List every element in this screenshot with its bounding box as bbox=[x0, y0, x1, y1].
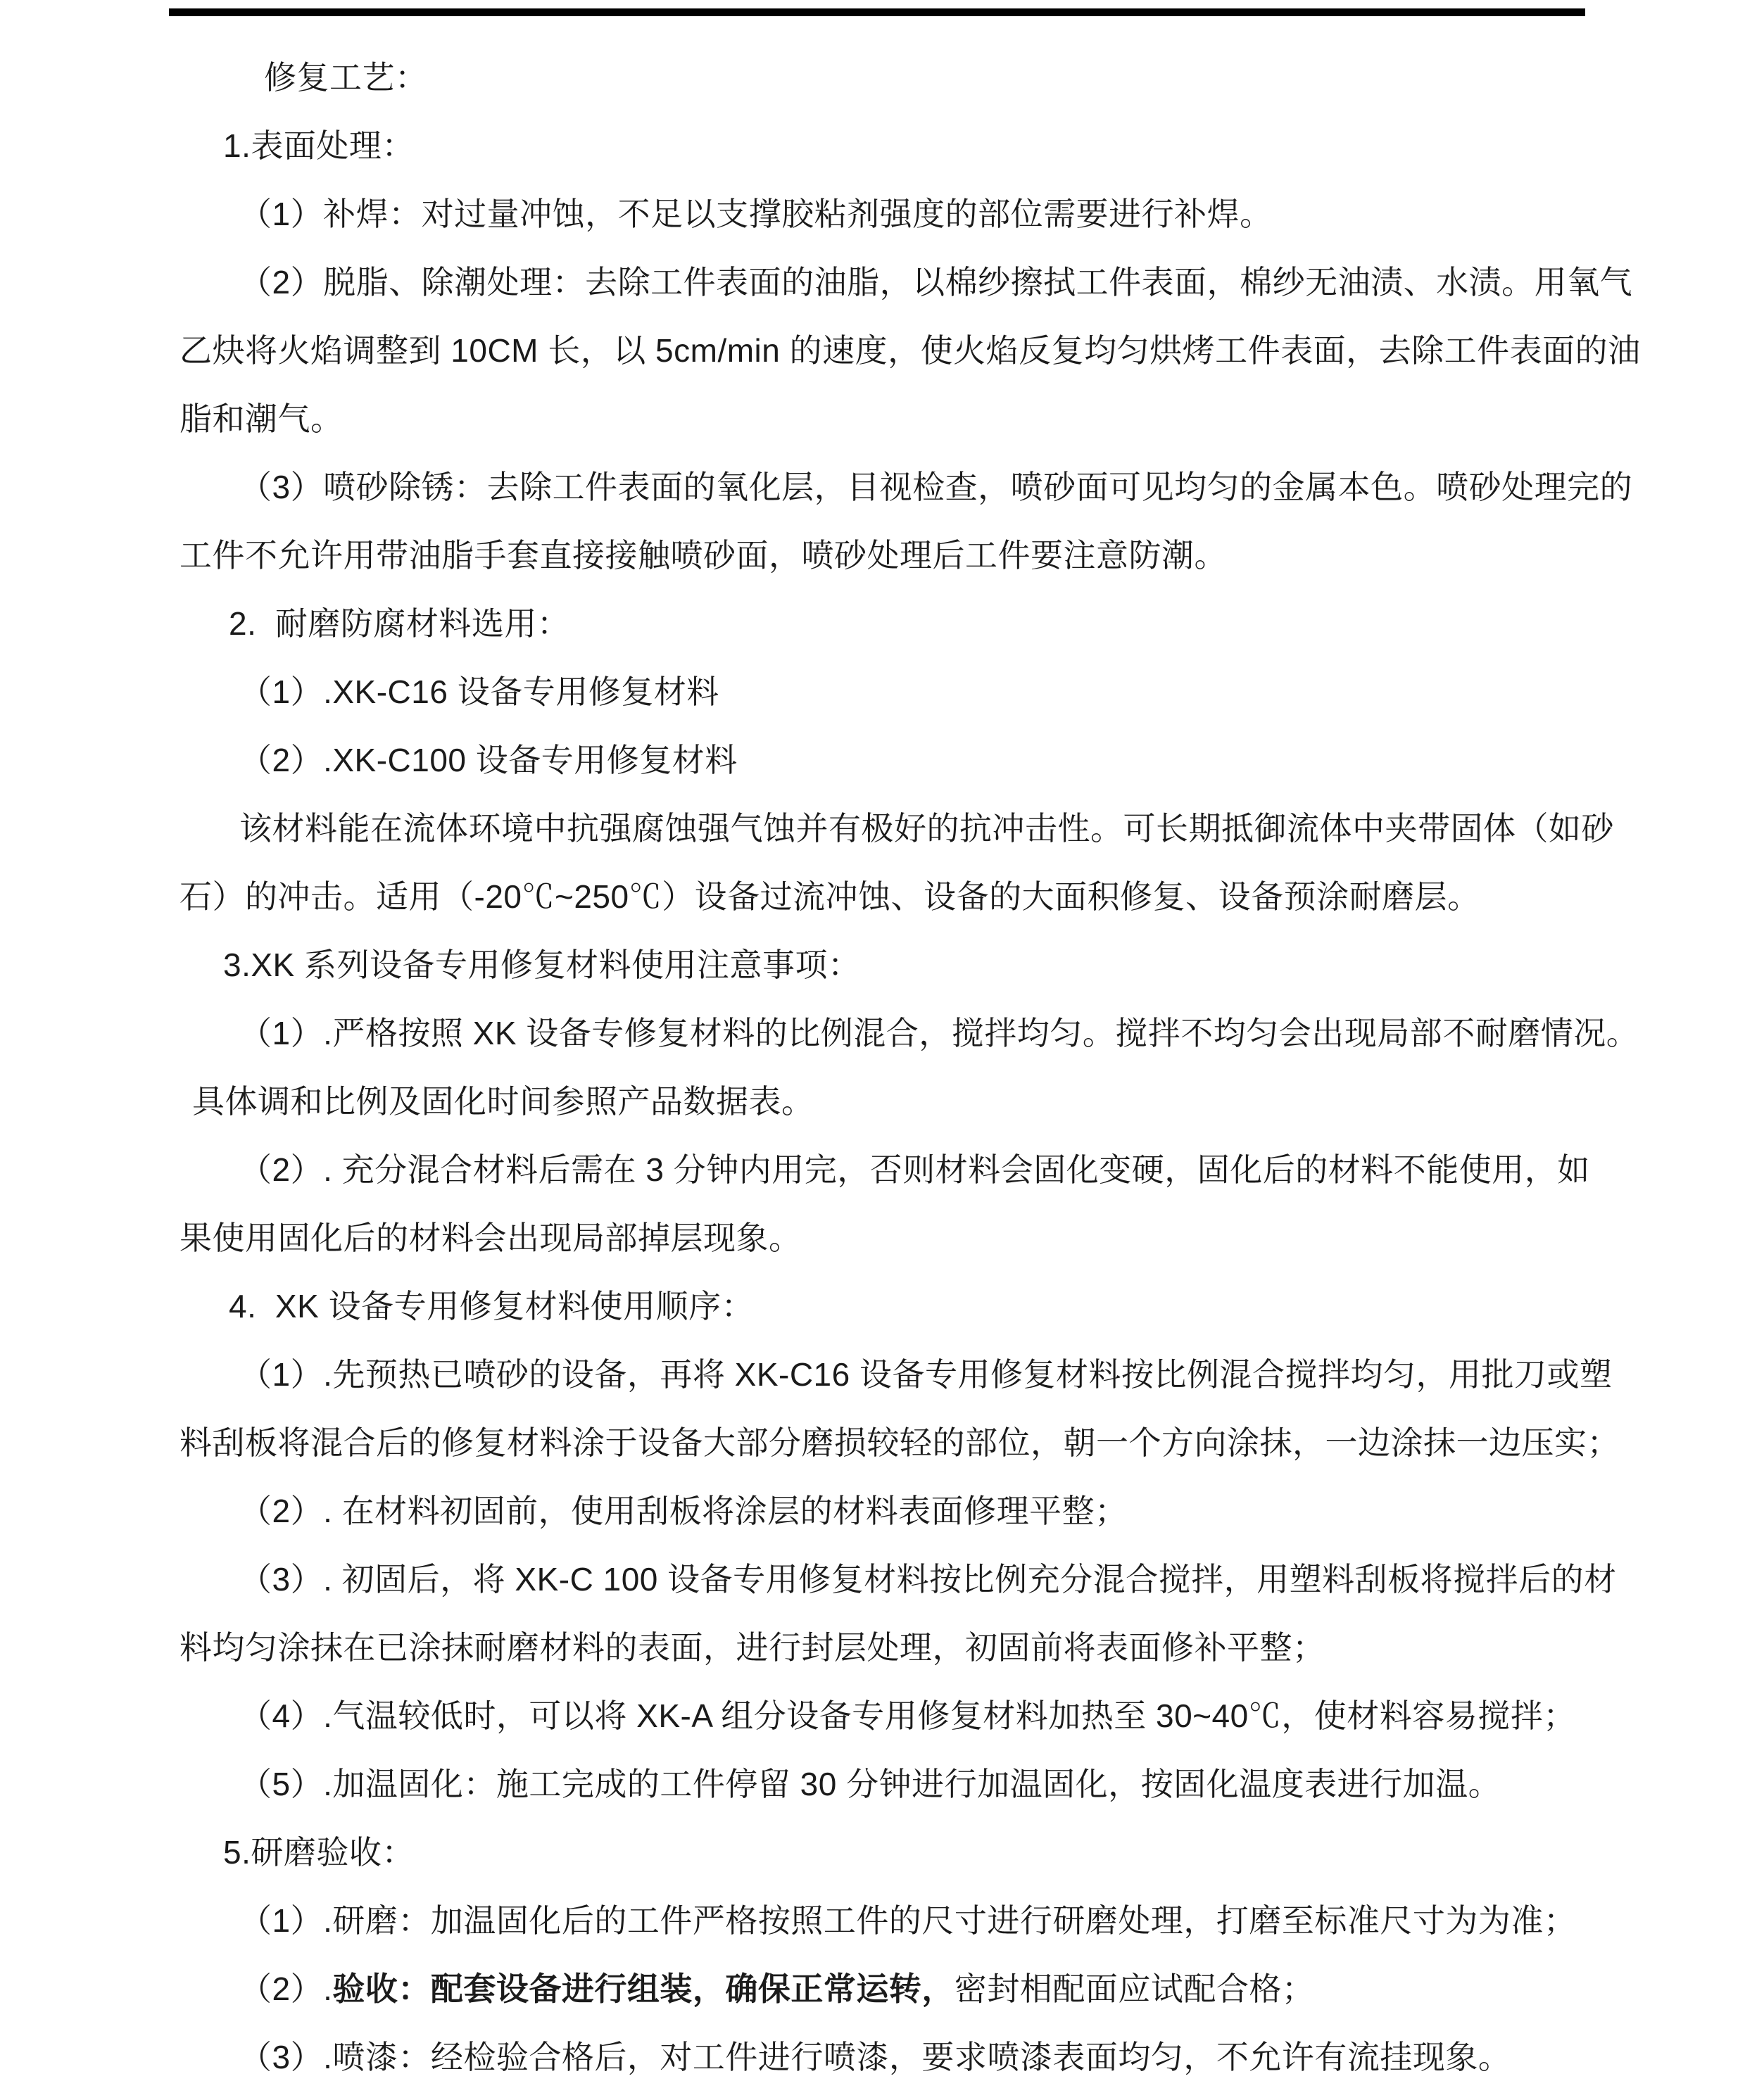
text-line: （1）.严格按照 XK 设备专修复材料的比例混合，搅拌均匀。搅拌不均匀会出现局部… bbox=[179, 999, 1637, 1068]
text-line: 该材料能在流体环境中抗强腐蚀强气蚀并有极好的抗冲击性。可长期抵御流体中夹带固体（… bbox=[179, 795, 1637, 863]
text-line: （1）.XK-C16 设备专用修复材料 bbox=[179, 658, 1637, 726]
text-line: 5.研磨验收： bbox=[179, 1818, 1637, 1887]
text-line: （3）.喷漆：经检验合格后，对工件进行喷漆，要求喷漆表面均匀，不允许有流挂现象。 bbox=[179, 2023, 1637, 2092]
text-line: （1）.研磨：加温固化后的工件严格按照工件的尺寸进行研磨处理，打磨至标准尺寸为为… bbox=[179, 1887, 1637, 1955]
text-line: （2）.XK-C100 设备专用修复材料 bbox=[179, 726, 1637, 795]
text-line: 工件不允许用带油脂手套直接接触喷砂面，喷砂处理后工件要注意防潮。 bbox=[179, 521, 1637, 590]
text-line: 料均匀涂抹在已涂抹耐磨材料的表面，进行封层处理，初固前将表面修补平整； bbox=[179, 1614, 1637, 1682]
text-line: （2）脱脂、除潮处理：去除工件表面的油脂，以棉纱擦拭工件表面，棉纱无油渍、水渍。… bbox=[179, 248, 1637, 317]
text-line: （2）. 充分混合材料后需在 3 分钟内用完，否则材料会固化变硬，固化后的材料不… bbox=[179, 1136, 1637, 1204]
text-line: （4）.气温较低时，可以将 XK-A 组分设备专用修复材料加热至 30~40℃，… bbox=[179, 1682, 1637, 1750]
text-segment: 验收：配套设备进行组装，确保正常运转， bbox=[332, 1971, 955, 2007]
text-lines: 修复工艺：1.表面处理：（1）补焊：对过量冲蚀，不足以支撑胶粘剂强度的部位需要进… bbox=[179, 44, 1637, 2092]
text-segment: （2）. bbox=[239, 1971, 332, 2007]
text-line: （2）. 在材料初固前，使用刮板将涂层的材料表面修理平整； bbox=[179, 1477, 1637, 1545]
text-line: 具体调和比例及固化时间参照产品数据表。 bbox=[179, 1068, 1637, 1136]
text-line: 料刮板将混合后的修复材料涂于设备大部分磨损较轻的部位，朝一个方向涂抹，一边涂抹一… bbox=[179, 1409, 1637, 1477]
text-line: 石）的冲击。适用（-20℃~250℃）设备过流冲蚀、设备的大面积修复、设备预涂耐… bbox=[179, 863, 1637, 931]
text-line: 脂和潮气。 bbox=[179, 385, 1637, 453]
text-line: （1）.先预热已喷砂的设备，再将 XK-C16 设备专用修复材料按比例混合搅拌均… bbox=[179, 1341, 1637, 1409]
text-line: （3）. 初固后，将 XK-C 100 设备专用修复材料按比例充分混合搅拌，用塑… bbox=[179, 1545, 1637, 1614]
text-line: 果使用固化后的材料会出现局部掉层现象。 bbox=[179, 1204, 1637, 1272]
top-rule bbox=[169, 8, 1585, 16]
text-segment: 密封相配面应试配合格； bbox=[955, 1971, 1315, 2007]
text-line: 2. 耐磨防腐材料选用： bbox=[179, 590, 1637, 658]
text-line: （1）补焊：对过量冲蚀，不足以支撑胶粘剂强度的部位需要进行补焊。 bbox=[179, 180, 1637, 248]
text-line: 4. XK 设备专用修复材料使用顺序： bbox=[179, 1272, 1637, 1341]
text-line: 1.表面处理： bbox=[179, 112, 1637, 180]
text-line: （3）喷砂除锈：去除工件表面的氧化层，目视检查，喷砂面可见均匀的金属本色。喷砂处… bbox=[179, 453, 1637, 521]
text-line: （2）.验收：配套设备进行组装，确保正常运转，密封相配面应试配合格； bbox=[179, 1955, 1637, 2023]
text-line: 乙炔将火焰调整到 10CM 长，以 5cm/min 的速度，使火焰反复均匀烘烤工… bbox=[179, 317, 1637, 385]
document-page: 修复工艺：1.表面处理：（1）补焊：对过量冲蚀，不足以支撑胶粘剂强度的部位需要进… bbox=[0, 0, 1745, 2100]
text-line: 3.XK 系列设备专用修复材料使用注意事项： bbox=[179, 931, 1637, 999]
text-line: （5）.加温固化：施工完成的工件停留 30 分钟进行加温固化，按固化温度表进行加… bbox=[179, 1750, 1637, 1818]
text-line: 修复工艺： bbox=[179, 44, 1637, 112]
